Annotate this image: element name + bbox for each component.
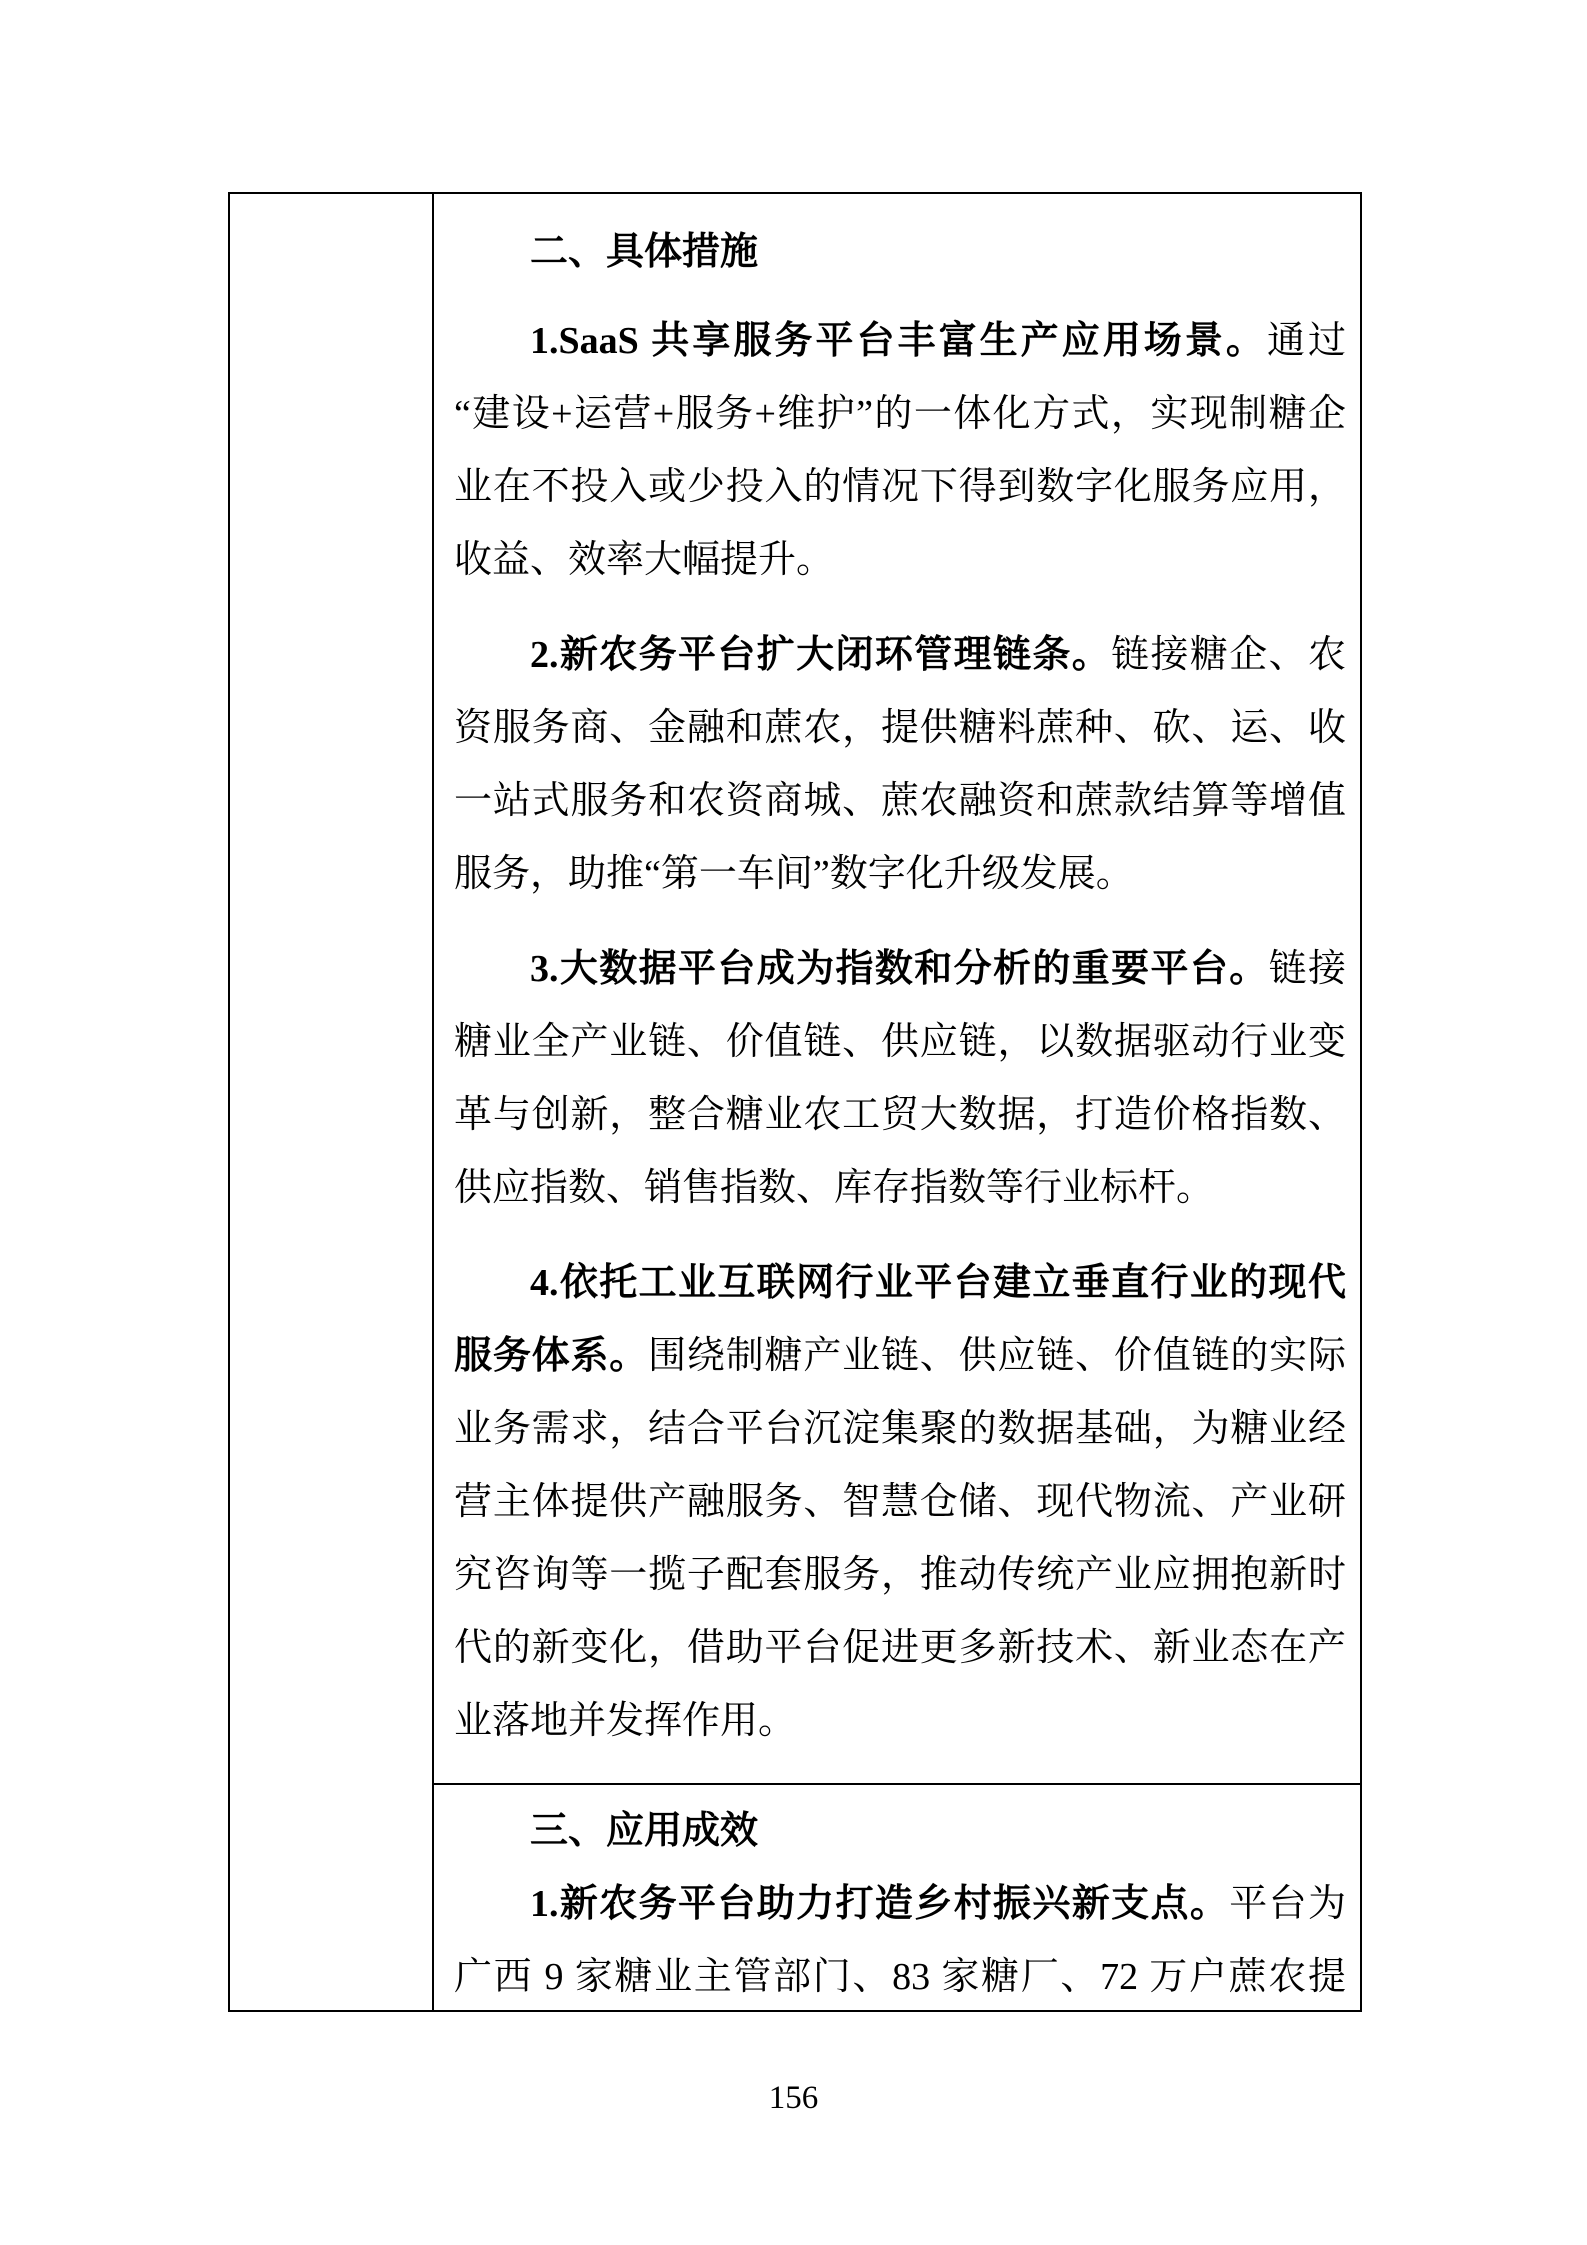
content-table: 二、具体措施 1.SaaS 共享服务平台丰富生产应用场景。通过“建设+运营+服务… bbox=[228, 192, 1362, 2012]
page-number: 156 bbox=[0, 2078, 1587, 2118]
paragraph-lead: 1.新农务平台助力打造乡村振兴新支点。 bbox=[530, 1883, 1229, 1925]
paragraph-measure-4: 4.依托工业互联网行业平台建立垂直行业的现代服务体系。围绕制糖产业链、供应链、价… bbox=[454, 1247, 1346, 1758]
table-right-column: 二、具体措施 1.SaaS 共享服务平台丰富生产应用场景。通过“建设+运营+服务… bbox=[434, 194, 1360, 2010]
section-heading-results: 三、应用成效 bbox=[454, 1795, 1346, 1868]
paragraph-measure-1: 1.SaaS 共享服务平台丰富生产应用场景。通过“建设+运营+服务+维护”的一体… bbox=[454, 305, 1346, 597]
paragraph-measure-2: 2.新农务平台扩大闭环管理链条。链接糖企、农资服务商、金融和蔗农，提供糖料蔗种、… bbox=[454, 619, 1346, 911]
paragraph-body: 围绕制糖产业链、供应链、价值链的实际业务需求，结合平台沉淀集聚的数据基础，为糖业… bbox=[454, 1335, 1346, 1742]
paragraph-result-1: 1.新农务平台助力打造乡村振兴新支点。平台为广西 9 家糖业主管部门、83 家糖… bbox=[454, 1868, 1346, 2010]
paragraph-lead: 3.大数据平台成为指数和分析的重要平台。 bbox=[530, 948, 1269, 990]
table-left-cell bbox=[230, 194, 434, 2010]
paragraph-measure-3: 3.大数据平台成为指数和分析的重要平台。链接糖业全产业链、价值链、供应链，以数据… bbox=[454, 933, 1346, 1225]
paragraph-lead: 2.新农务平台扩大闭环管理链条。 bbox=[530, 634, 1111, 676]
section-heading-measures: 二、具体措施 bbox=[454, 216, 1346, 289]
section-measures-cell: 二、具体措施 1.SaaS 共享服务平台丰富生产应用场景。通过“建设+运营+服务… bbox=[434, 194, 1360, 1785]
section-results-cell: 三、应用成效 1.新农务平台助力打造乡村振兴新支点。平台为广西 9 家糖业主管部… bbox=[434, 1785, 1360, 2010]
paragraph-lead: 1.SaaS 共享服务平台丰富生产应用场景。 bbox=[530, 320, 1267, 362]
document-page: 二、具体措施 1.SaaS 共享服务平台丰富生产应用场景。通过“建设+运营+服务… bbox=[0, 0, 1587, 2245]
